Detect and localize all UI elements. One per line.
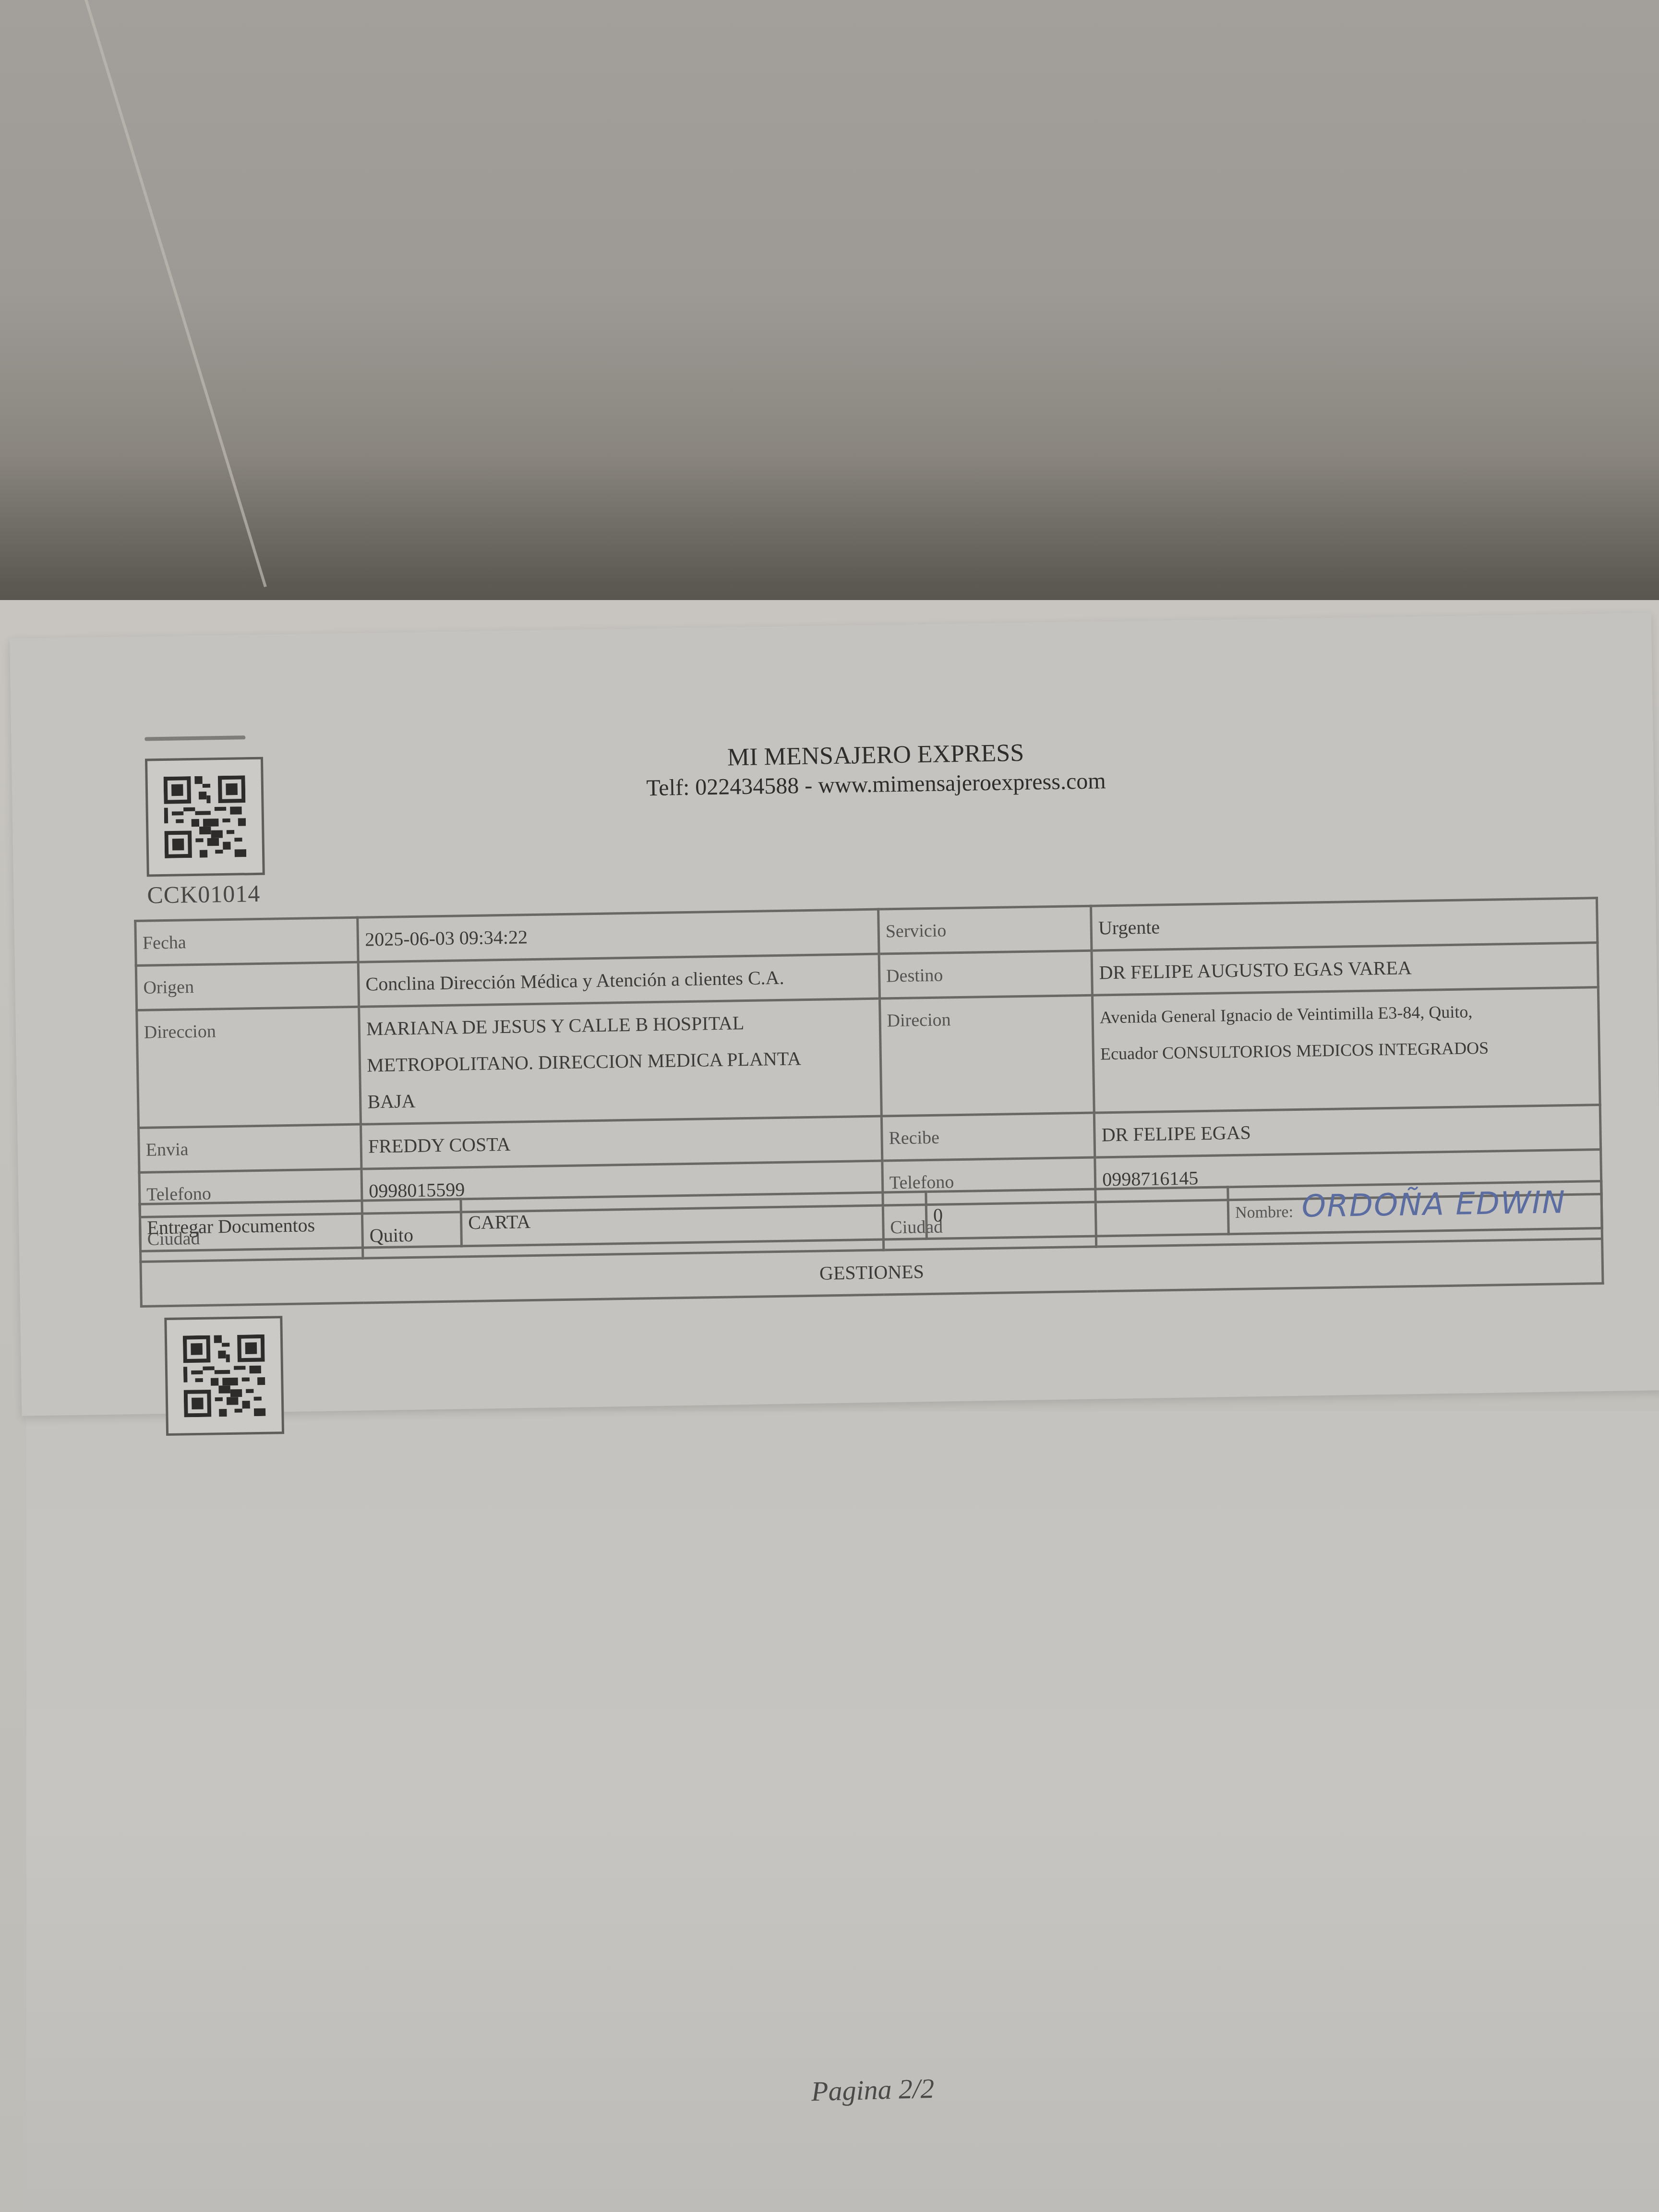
gestion-tipo: Entregar Documentos xyxy=(140,1199,461,1251)
recibe-label: Recibe xyxy=(881,1113,1095,1161)
direccion-origen-value: MARIANA DE JESUS Y CALLE B HOSPITAL METR… xyxy=(359,998,881,1124)
origen-value: Conclina Dirección Médica y Atención a c… xyxy=(358,954,879,1007)
table-row: Direccion MARIANA DE JESUS Y CALLE B HOS… xyxy=(137,987,1600,1128)
gestion-nombre: Nombre: ORDOÑA EDWIN xyxy=(1228,1181,1602,1234)
fecha-value: 2025-06-03 09:34:22 xyxy=(358,909,879,962)
destino-value: DR FELIPE AUGUSTO EGAS VAREA xyxy=(1092,943,1598,996)
gestion-descripcion: CARTA xyxy=(461,1192,926,1246)
servicio-label: Servicio xyxy=(878,906,1092,954)
recibe-value: DR FELIPE EGAS xyxy=(1094,1105,1601,1158)
direccion-origen-label: Direccion xyxy=(137,1007,361,1128)
company-header: MI MENSAJERO EXPRESS Telf: 022434588 - w… xyxy=(540,735,1213,804)
origen-label: Origen xyxy=(136,962,359,1010)
top-rule xyxy=(144,735,245,741)
servicio-value: Urgente xyxy=(1091,898,1598,951)
envia-value: FREDDY COSTA xyxy=(361,1116,882,1169)
background-wall xyxy=(0,0,1659,648)
handwritten-signature: ORDOÑA EDWIN xyxy=(1301,1185,1566,1225)
direccion-destino-label: Direcion xyxy=(879,995,1094,1116)
qr-code-icon xyxy=(164,1316,284,1436)
direccion-destino-value: Avenida General Ignacio de Veintimilla E… xyxy=(1093,987,1600,1113)
courier-slip: CCK01014 MI MENSAJERO EXPRESS Telf: 0224… xyxy=(10,613,1659,1416)
nombre-label: Nombre: xyxy=(1235,1203,1293,1222)
address-line: Ecuador CONSULTORIOS MEDICOS INTEGRADOS xyxy=(1100,1028,1592,1072)
qr-code-icon xyxy=(145,757,265,877)
destino-label: Destino xyxy=(879,950,1093,998)
fecha-label: Fecha xyxy=(135,917,359,965)
gestion-cantidad: 0 xyxy=(926,1187,1228,1239)
envia-label: Envia xyxy=(139,1124,362,1172)
qr-code-graphic xyxy=(183,1334,266,1418)
qr-code-graphic xyxy=(164,775,247,858)
tracking-code: CCK01014 xyxy=(147,879,261,909)
page-number: Pagina 2/2 xyxy=(811,2072,935,2108)
